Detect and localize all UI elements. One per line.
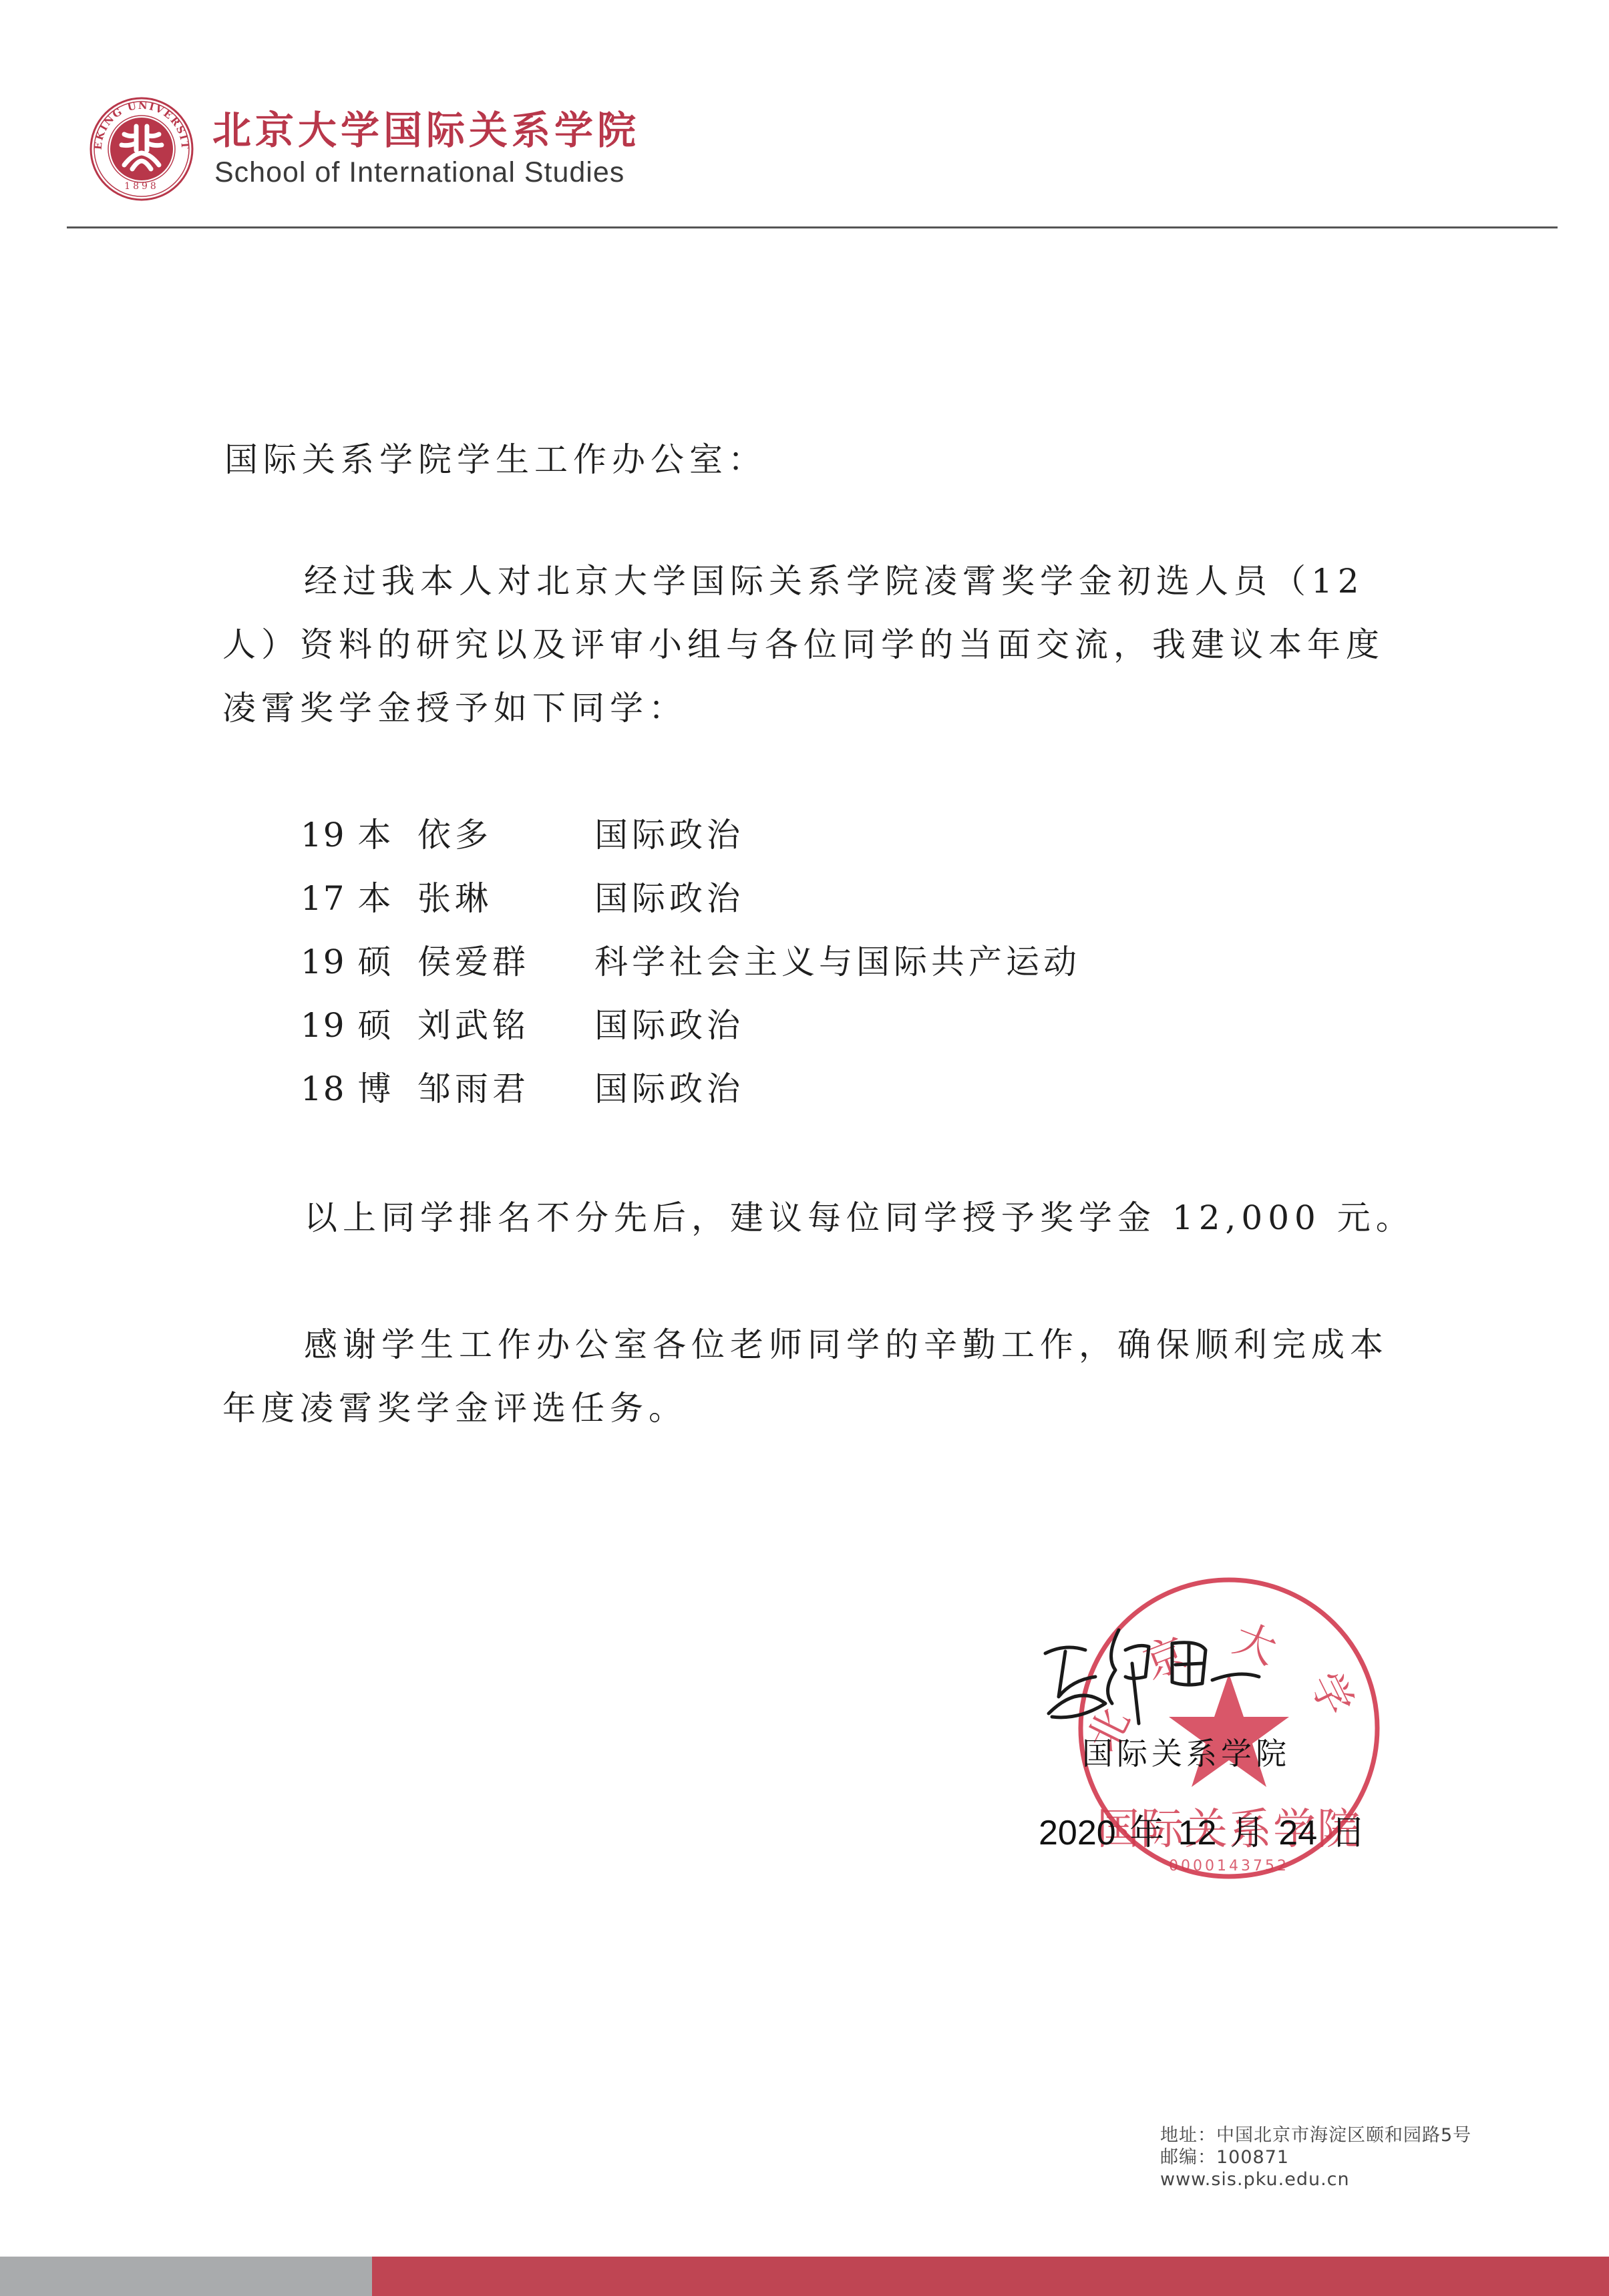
paragraph-1-line-3: 凌霄奖学金授予如下同学： bbox=[222, 688, 687, 728]
institution-title-chinese: 北京大学国际关系学院 bbox=[212, 107, 640, 154]
recipient-name: 刘武铭 bbox=[417, 1005, 530, 1045]
svg-text:1898: 1898 bbox=[124, 181, 159, 192]
paragraph-3-line-2: 年度凌霄奖学金评选任务。 bbox=[222, 1388, 687, 1428]
footer-website[interactable]: www.sis.pku.edu.cn bbox=[1160, 2168, 1471, 2190]
footer-contact: 地址：中国北京市海淀区颐和园路5号 邮编：100871 www.sis.pku.… bbox=[1160, 2124, 1471, 2190]
recipient-year: 17 本 bbox=[301, 878, 393, 919]
recipient-name: 依多 bbox=[417, 815, 492, 855]
university-logo: PEKING UNIVERSITY 1898 bbox=[88, 96, 195, 202]
paragraph-1-line-2: 人）资料的研究以及评审小组与各位同学的当面交流，我建议本年度 bbox=[222, 625, 1385, 665]
institution-title-english: School of International Studies bbox=[214, 155, 624, 190]
svg-text:0000143752: 0000143752 bbox=[1169, 1858, 1289, 1874]
signature-date: 2020 年 12 月 24 日 bbox=[1039, 1812, 1366, 1854]
recipient-name: 侯爱群 bbox=[417, 942, 530, 982]
recipient-year: 19 本 bbox=[301, 815, 393, 855]
paragraph-3-line-1: 感谢学生工作办公室各位老师同学的辛勤工作，确保顺利完成本 bbox=[304, 1325, 1389, 1365]
handwritten-signature-icon bbox=[1039, 1603, 1279, 1737]
recipient-major: 国际政治 bbox=[594, 1069, 744, 1109]
handwritten-signature bbox=[1039, 1603, 1279, 1737]
recipient-year: 19 硕 bbox=[301, 1005, 393, 1045]
paragraph-2: 以上同学排名不分先后，建议每位同学授予奖学金 12,000 元。 bbox=[304, 1198, 1415, 1238]
recipient-year: 18 博 bbox=[301, 1069, 393, 1109]
footer-address: 地址：中国北京市海淀区颐和园路5号 bbox=[1160, 2124, 1471, 2146]
recipient-name: 邹雨君 bbox=[417, 1069, 530, 1109]
footer-bar-gray bbox=[0, 2257, 372, 2296]
footer-postcode: 邮编：100871 bbox=[1160, 2146, 1471, 2168]
recipient-major: 国际政治 bbox=[594, 1005, 744, 1045]
recipient-major: 国际政治 bbox=[594, 815, 744, 855]
peking-university-seal-icon: PEKING UNIVERSITY 1898 bbox=[88, 96, 195, 202]
letter-greeting: 国际关系学院学生工作办公室： bbox=[224, 440, 767, 480]
recipient-major: 科学社会主义与国际共产运动 bbox=[594, 942, 1081, 982]
footer-bar-red bbox=[372, 2257, 1609, 2296]
recipient-year: 19 硕 bbox=[301, 942, 393, 982]
signatory-organization: 国际关系学院 bbox=[1082, 1734, 1290, 1774]
header-divider bbox=[67, 226, 1558, 228]
paragraph-1-line-1: 经过我本人对北京大学国际关系学院凌霄奖学金初选人员（12 bbox=[304, 561, 1365, 601]
recipient-major: 国际政治 bbox=[594, 878, 744, 919]
recipient-name: 张琳 bbox=[417, 878, 492, 919]
